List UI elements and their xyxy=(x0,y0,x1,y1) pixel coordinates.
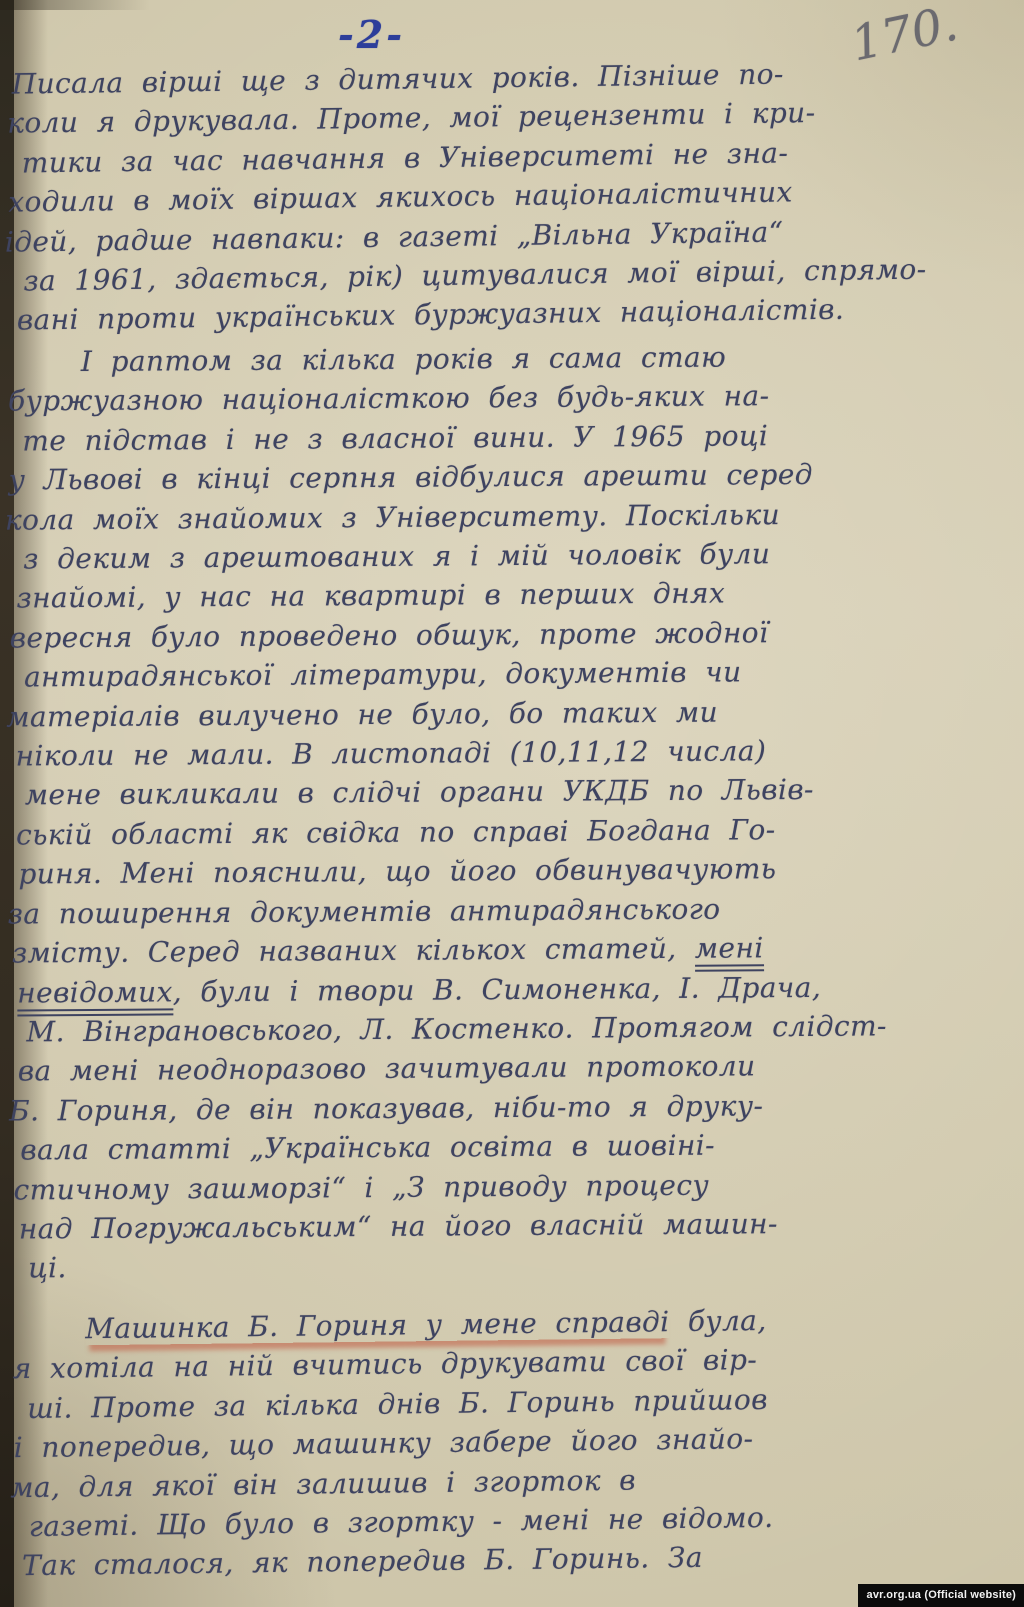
handwritten-line: М. Вінграновського, Л. Костенко. Протяго… xyxy=(26,1005,1019,1051)
handwritten-line: матеріалів вилучено не було, бо таких ми xyxy=(6,690,1017,736)
handwritten-line: за поширення документів антирадянського xyxy=(8,887,1019,933)
handwritten-line: змісту. Серед названих кількох статей, м… xyxy=(12,926,1019,972)
ink-underlined-text: мені xyxy=(695,931,764,971)
paragraph: Писала вірші ще з дитячих років. Пізніше… xyxy=(12,51,1018,340)
handwritten-line: антирадянської літератури, документів чи xyxy=(24,651,1017,697)
watermark-badge: avr.org.ua (Official website) xyxy=(858,1584,1024,1607)
handwritten-line: буржуазною націоналісткою без будь-яких … xyxy=(8,375,1015,421)
handwritten-line: знайомі, у нас на квартирі в перших днях xyxy=(16,572,1016,618)
handwritten-text: Писала вірші ще з дитячих років. Пізніше… xyxy=(13,56,1022,1582)
handwritten-line: кола моїх знайомих з Університету. Поскі… xyxy=(5,493,1016,539)
scanned-page: -2- 170. Писала вірші ще з дитячих років… xyxy=(0,0,1024,1607)
handwritten-line: над Погружальським“ на його власній маши… xyxy=(19,1202,1021,1248)
paragraph: І раптом за кілька років я сама стаюбурж… xyxy=(13,335,1022,1288)
handwritten-line: І раптом за кілька років я сама стаю xyxy=(13,335,1015,381)
handwritten-line: ніколи не мали. В листопаді (10,11,12 чи… xyxy=(15,729,1017,775)
ink-underlined-text: невідомих xyxy=(17,975,173,1016)
handwritten-line: ці. xyxy=(28,1242,1021,1288)
handwritten-line: з деким з арештованих я і мій чоловік бу… xyxy=(23,532,1016,578)
page-number: -2- xyxy=(338,12,405,57)
handwritten-line: вересня було проведено обшук, проте жодн… xyxy=(10,611,1017,657)
handwritten-line: риня. Мені пояснили, що його обвинувачую… xyxy=(18,848,1018,894)
handwritten-line: невідомих, були і твори В. Симоненка, І.… xyxy=(17,966,1019,1012)
handwritten-line: у Львові в кінці серпня відбулися арешти… xyxy=(9,454,1016,500)
handwritten-line: ва мені неодноразово зачитували протокол… xyxy=(18,1045,1020,1091)
handwritten-line: те підстав і не з власної вини. У 1965 р… xyxy=(22,414,1015,460)
handwritten-line: стичному зашморзі“ і „З приводу процесу xyxy=(13,1163,1020,1209)
top-edge-shadow xyxy=(0,0,150,10)
handwritten-line: ській області як свідка по справі Богдан… xyxy=(16,808,1018,854)
paragraph: Машинка Б. Гориня у мене справді була,я … xyxy=(17,1297,1022,1585)
red-pencil-underlined-text: Машинка Б. Гориня у мене справді xyxy=(85,1305,670,1345)
handwritten-line: мене викликали в слідчі органи УКДБ по Л… xyxy=(25,769,1018,815)
handwritten-line: Б. Гориня, де він показував, ніби-то я д… xyxy=(9,1084,1020,1130)
handwritten-line: вала статті „Українська освіта в шовіні- xyxy=(20,1123,1020,1169)
